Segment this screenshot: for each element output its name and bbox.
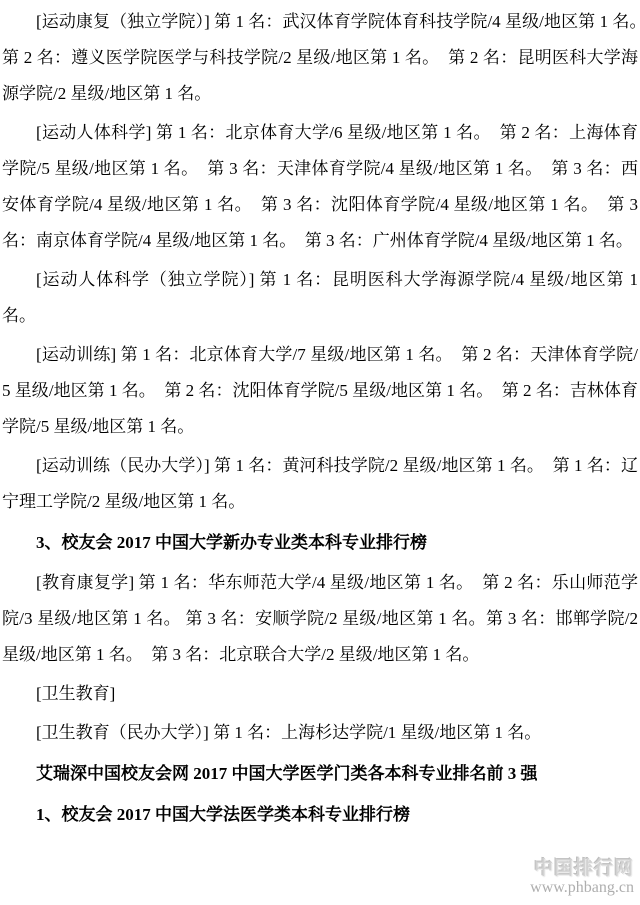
document-page: [运动康复（独立学院）] 第 1 名：武汉体育学院体育科技学院/4 星级/地区第… [0,0,640,833]
heading-medical-majors-top3-ranking: 艾瑞深中国校友会网 2017 中国大学医学门类各本科专业排名前 3 强 [2,756,638,792]
para-sports-rehab-independent-colleges: [运动康复（独立学院）] 第 1 名：武汉体育学院体育科技学院/4 星级/地区第… [2,4,638,112]
para-sports-training-private-universities: [运动训练（民办大学）] 第 1 名：黄河科技学院/2 星级/地区第 1 名。 … [2,448,638,520]
para-education-rehabilitation: [教育康复学] 第 1 名：华东师范大学/4 星级/地区第 1 名。 第 2 名… [2,565,638,673]
heading-2017-new-majors-ranking: 3、校友会 2017 中国大学新办专业类本科专业排行榜 [2,525,638,561]
para-health-education: [卫生教育] [2,676,638,712]
site-watermark: 中国排行网 www.phbang.cn [530,859,634,897]
para-sports-training: [运动训练] 第 1 名：北京体育大学/7 星级/地区第 1 名。 第 2 名：… [2,337,638,445]
para-sports-human-science-independent-colleges: [运动人体科学（独立学院）] 第 1 名：昆明医科大学海源学院/4 星级/地区第… [2,262,638,334]
heading-2017-forensic-medicine-ranking: 1、校友会 2017 中国大学法医学类本科专业排行榜 [2,797,638,833]
watermark-site-url: www.phbang.cn [530,879,634,897]
para-sports-human-science: [运动人体科学] 第 1 名：北京体育大学/6 星级/地区第 1 名。 第 2 … [2,115,638,259]
para-health-education-private-universities: [卫生教育（民办大学）] 第 1 名：上海杉达学院/1 星级/地区第 1 名。 [2,715,638,751]
watermark-logo-text: 中国排行网 [530,859,634,880]
